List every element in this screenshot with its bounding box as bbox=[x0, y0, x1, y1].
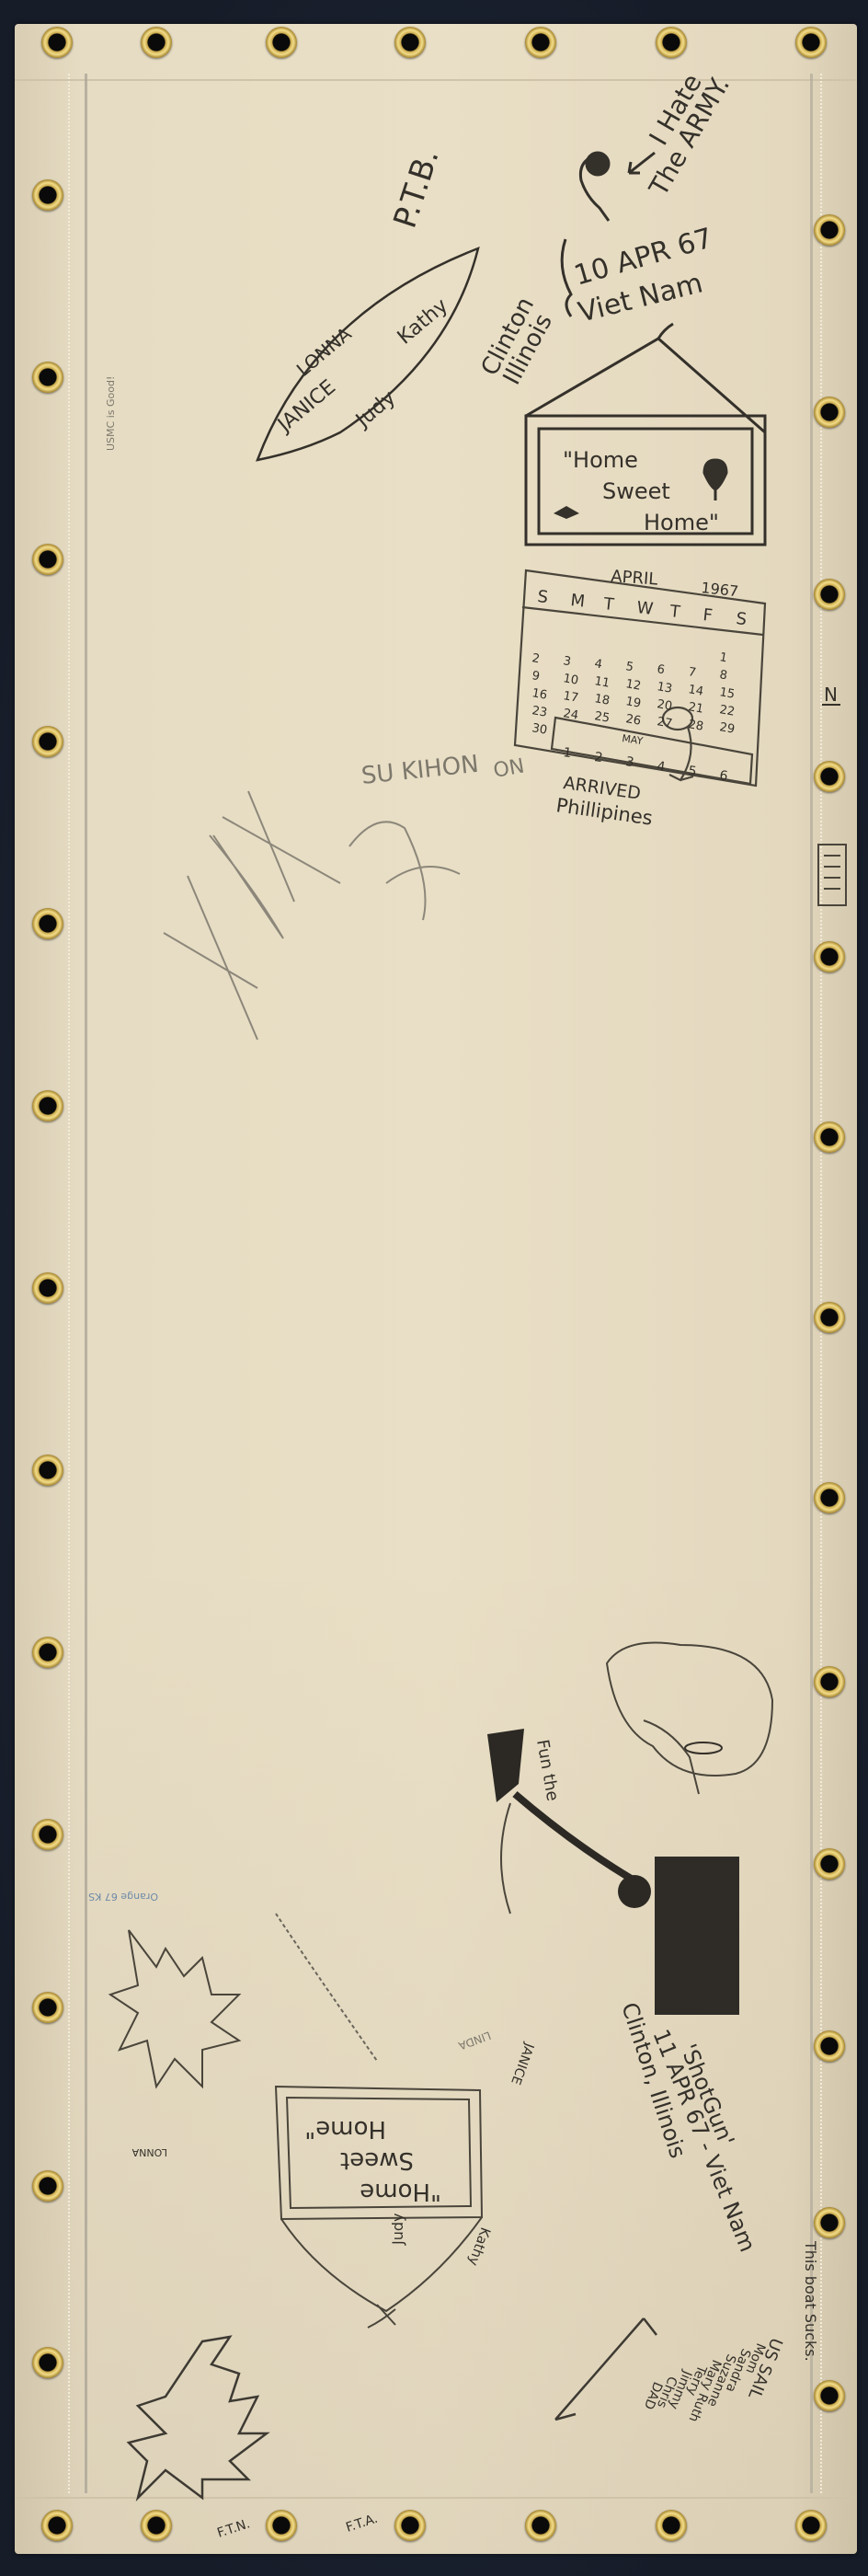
grommet bbox=[266, 2510, 297, 2541]
grommet bbox=[814, 2207, 845, 2238]
top-hem bbox=[15, 24, 857, 81]
left-seam bbox=[85, 74, 87, 2493]
grommet bbox=[32, 544, 63, 575]
grommet bbox=[41, 27, 73, 58]
grommet bbox=[814, 1121, 845, 1153]
grommet bbox=[141, 2510, 172, 2541]
grommet bbox=[394, 2510, 426, 2541]
grommet bbox=[32, 1992, 63, 2023]
grommet bbox=[32, 1272, 63, 1304]
canvas-cot bbox=[15, 24, 857, 2554]
grommet bbox=[656, 2510, 687, 2541]
left-stitching bbox=[68, 74, 72, 2493]
grommet bbox=[32, 908, 63, 939]
right-stitching bbox=[820, 74, 824, 2493]
grommet bbox=[814, 2030, 845, 2062]
grommet bbox=[394, 27, 426, 58]
grommet bbox=[795, 27, 827, 58]
grommet bbox=[525, 27, 556, 58]
grommet bbox=[814, 1482, 845, 1513]
grommet bbox=[41, 2510, 73, 2541]
grommet bbox=[814, 941, 845, 972]
grommet bbox=[814, 214, 845, 246]
grommet bbox=[32, 179, 63, 211]
grommet bbox=[32, 1090, 63, 1121]
grommet bbox=[32, 2347, 63, 2378]
grommet bbox=[656, 27, 687, 58]
grommet bbox=[32, 1819, 63, 1850]
grommet bbox=[32, 726, 63, 757]
grommet bbox=[814, 1848, 845, 1880]
grommet bbox=[814, 397, 845, 428]
grommet bbox=[266, 27, 297, 58]
grommet bbox=[32, 2170, 63, 2202]
grommet bbox=[814, 579, 845, 610]
grommet bbox=[141, 27, 172, 58]
grommet bbox=[32, 1637, 63, 1668]
grommet bbox=[814, 2380, 845, 2411]
grommet bbox=[32, 1455, 63, 1486]
grommet bbox=[814, 1302, 845, 1333]
grommet bbox=[814, 761, 845, 792]
grommet bbox=[795, 2510, 827, 2541]
grommet bbox=[814, 1666, 845, 1697]
grommet bbox=[32, 362, 63, 393]
grommet bbox=[525, 2510, 556, 2541]
right-seam bbox=[810, 74, 813, 2493]
